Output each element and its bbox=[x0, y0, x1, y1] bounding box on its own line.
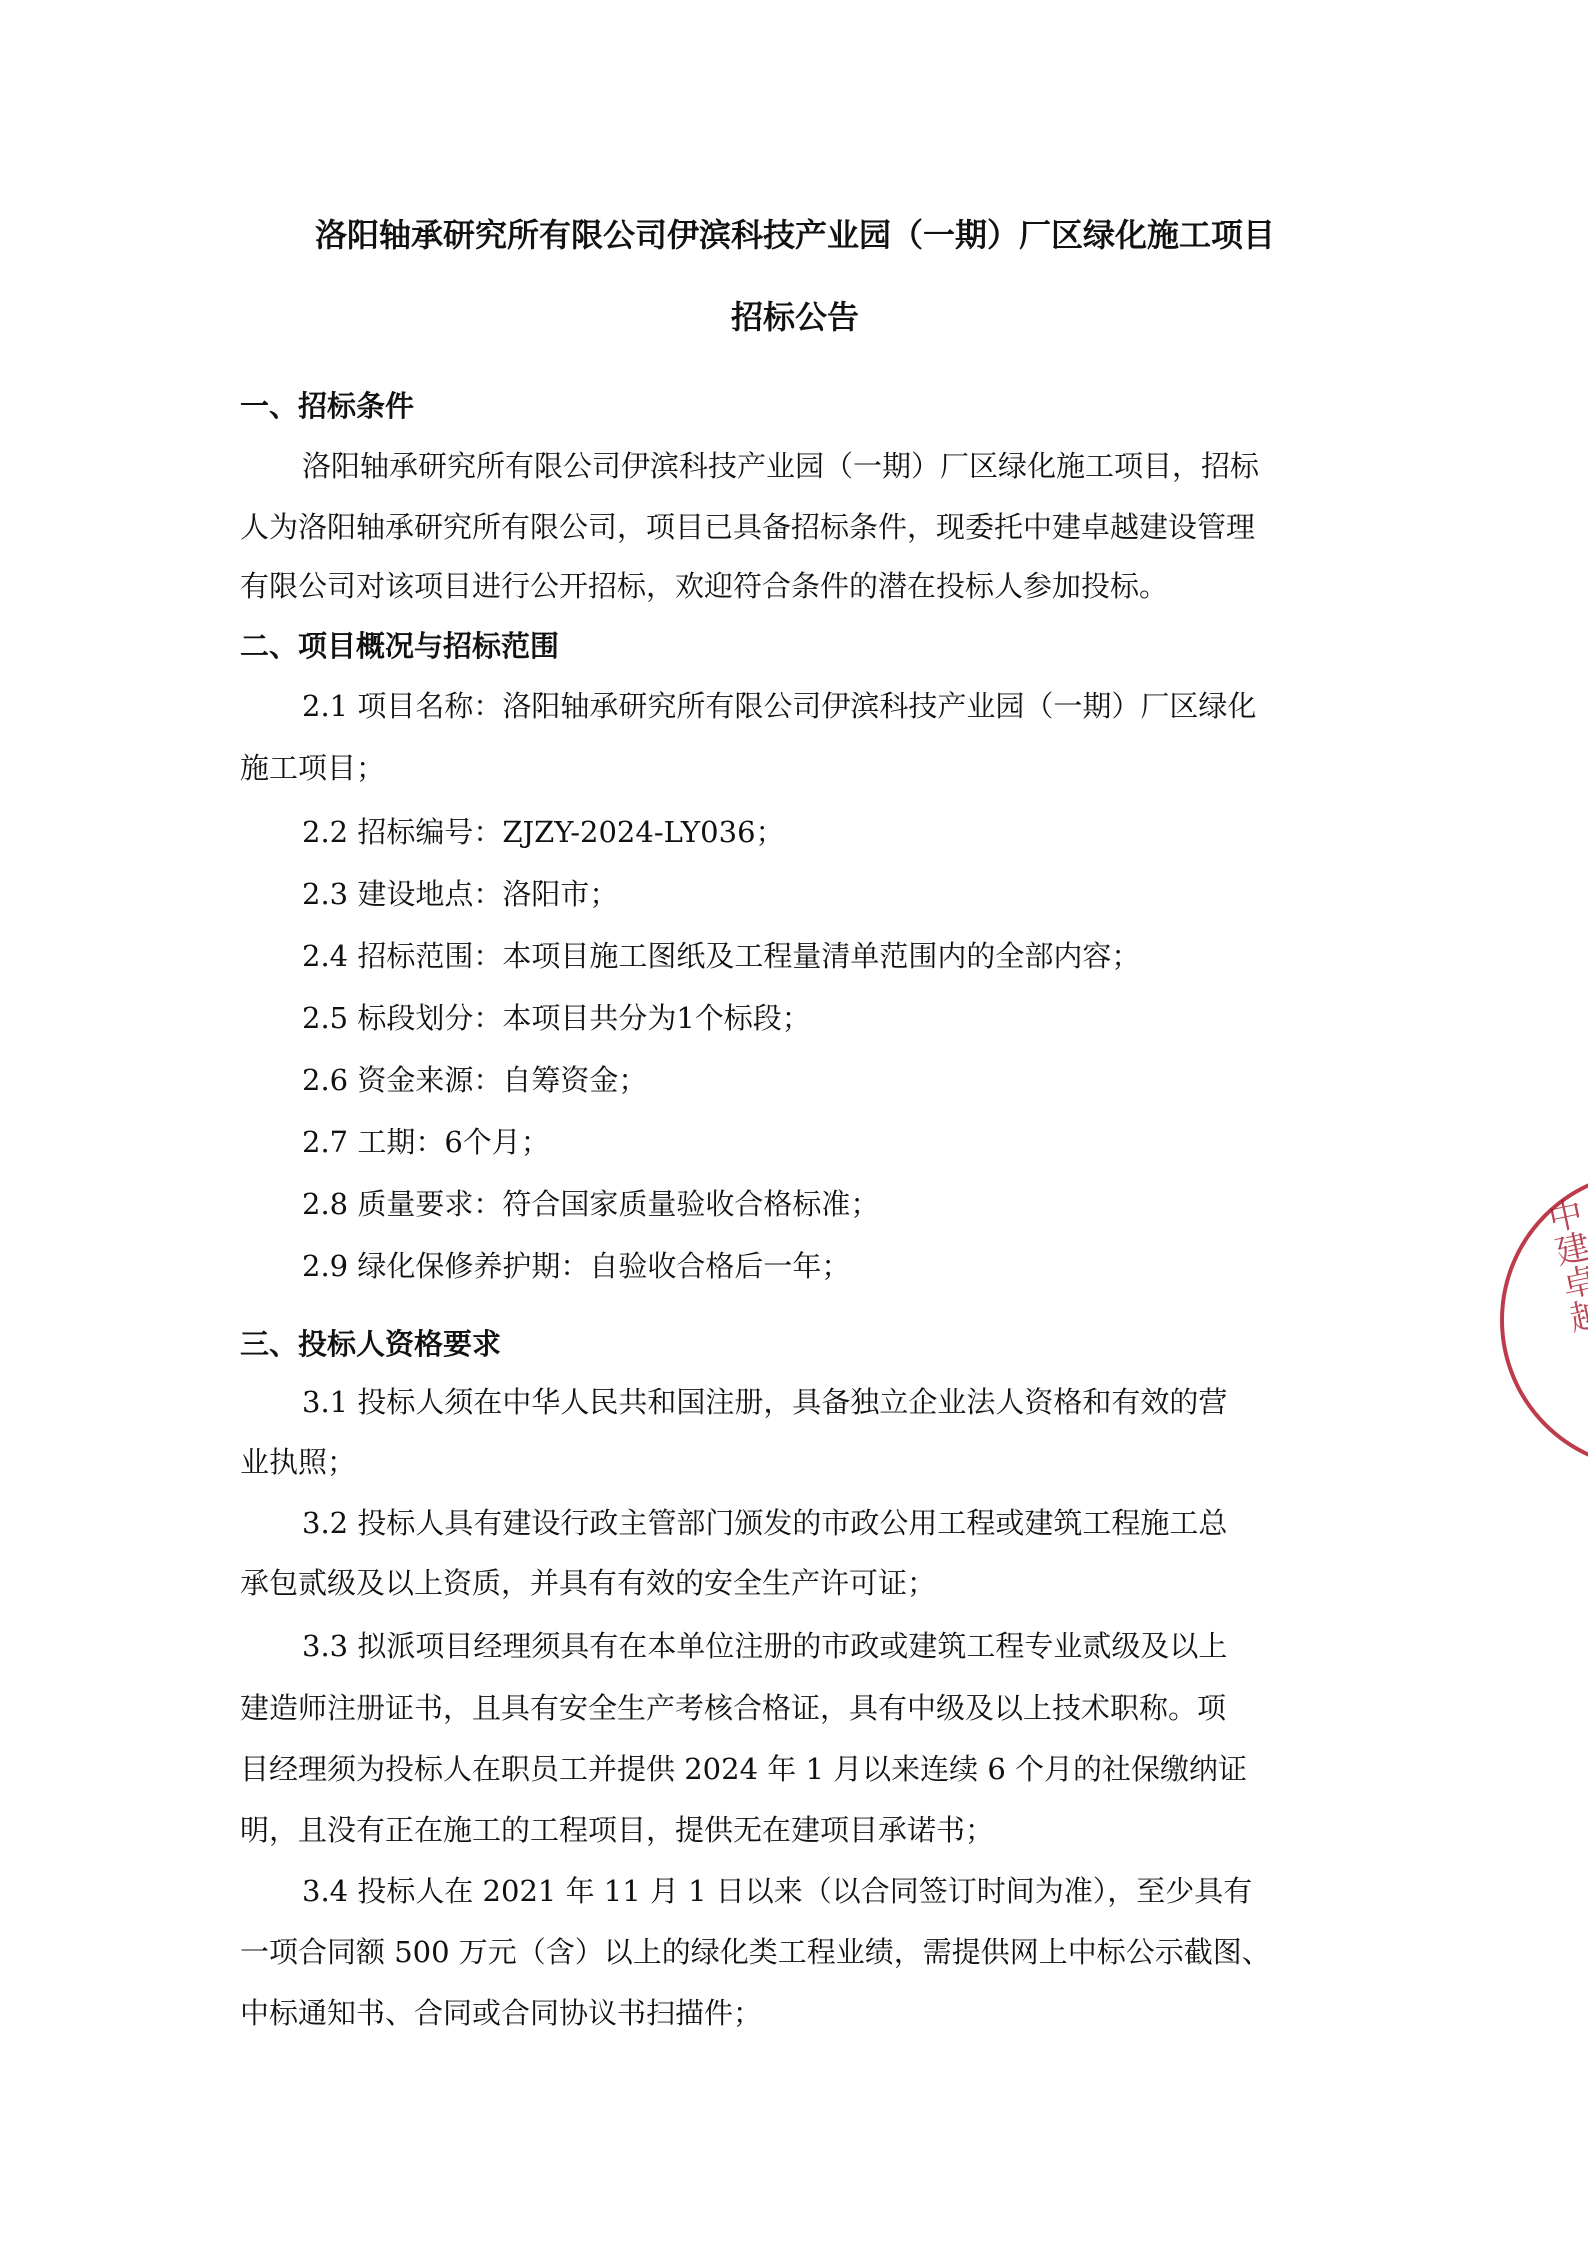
list-item: 2.4 招标范围：本项目施工图纸及工程量清单范围内的全部内容； bbox=[302, 936, 1140, 976]
document-subtitle: 招标公告 bbox=[240, 292, 1350, 338]
list-item: 2.7 工期：6个月； bbox=[302, 1122, 550, 1162]
document-title: 洛阳轴承研究所有限公司伊滨科技产业园（一期）厂区绿化施工项目 bbox=[240, 210, 1350, 256]
paragraph-line: 有限公司对该项目进行公开招标，欢迎符合条件的潜在投标人参加投标。 bbox=[240, 566, 1168, 606]
list-item-continuation: 业执照； bbox=[240, 1442, 356, 1482]
list-item: 2.9 绿化保修养护期：自验收合格后一年； bbox=[302, 1246, 850, 1286]
list-item: 3.3 拟派项目经理须具有在本单位注册的市政或建筑工程专业贰级及以上 bbox=[302, 1626, 1227, 1666]
list-item-continuation: 建造师注册证书，且具有安全生产考核合格证，具有中级及以上技术职称。项 bbox=[240, 1688, 1226, 1728]
paragraph-line: 人为洛阳轴承研究所有限公司，项目已具备招标条件，现委托中建卓越建设管理 bbox=[240, 507, 1255, 547]
list-item: 2.6 资金来源：自筹资金； bbox=[302, 1060, 647, 1100]
list-item: 2.2 招标编号：ZJZY-2024-LY036； bbox=[302, 812, 785, 852]
list-item-continuation: 中标通知书、合同或合同协议书扫描件； bbox=[240, 1993, 762, 2033]
list-item: 3.1 投标人须在中华人民共和国注册，具备独立企业法人资格和有效的营 bbox=[302, 1382, 1227, 1422]
list-item: 2.3 建设地点：洛阳市； bbox=[302, 874, 618, 914]
section-heading-project-overview: 二、项目概况与招标范围 bbox=[240, 626, 559, 666]
paragraph-line: 洛阳轴承研究所有限公司伊滨科技产业园（一期）厂区绿化施工项目，招标 bbox=[302, 446, 1259, 486]
list-item: 3.2 投标人具有建设行政主管部门颁发的市政公用工程或建筑工程施工总 bbox=[302, 1503, 1227, 1543]
list-item-continuation: 施工项目； bbox=[240, 748, 385, 788]
list-item-continuation: 目经理须为投标人在职员工并提供 2024 年 1 月以来连续 6 个月的社保缴纳… bbox=[240, 1749, 1247, 1789]
list-item-continuation: 一项合同额 500 万元（含）以上的绿化类工程业绩，需提供网上中标公示截图、 bbox=[240, 1932, 1271, 1972]
list-item: 2.8 质量要求：符合国家质量验收合格标准； bbox=[302, 1184, 879, 1224]
section-heading-bidder-qualifications: 三、投标人资格要求 bbox=[240, 1324, 501, 1364]
list-item-continuation: 明，且没有正在施工的工程项目，提供无在建项目承诺书； bbox=[240, 1810, 994, 1850]
section-heading-bidding-conditions: 一、招标条件 bbox=[240, 386, 414, 426]
list-item: 2.1 项目名称：洛阳轴承研究所有限公司伊滨科技产业园（一期）厂区绿化 bbox=[302, 686, 1256, 726]
list-item-continuation: 承包贰级及以上资质，并具有有效的安全生产许可证； bbox=[240, 1563, 936, 1603]
list-item: 3.4 投标人在 2021 年 11 月 1 日以来（以合同签订时间为准），至少… bbox=[302, 1871, 1252, 1911]
list-item: 2.5 标段划分：本项目共分为1个标段； bbox=[302, 998, 811, 1038]
